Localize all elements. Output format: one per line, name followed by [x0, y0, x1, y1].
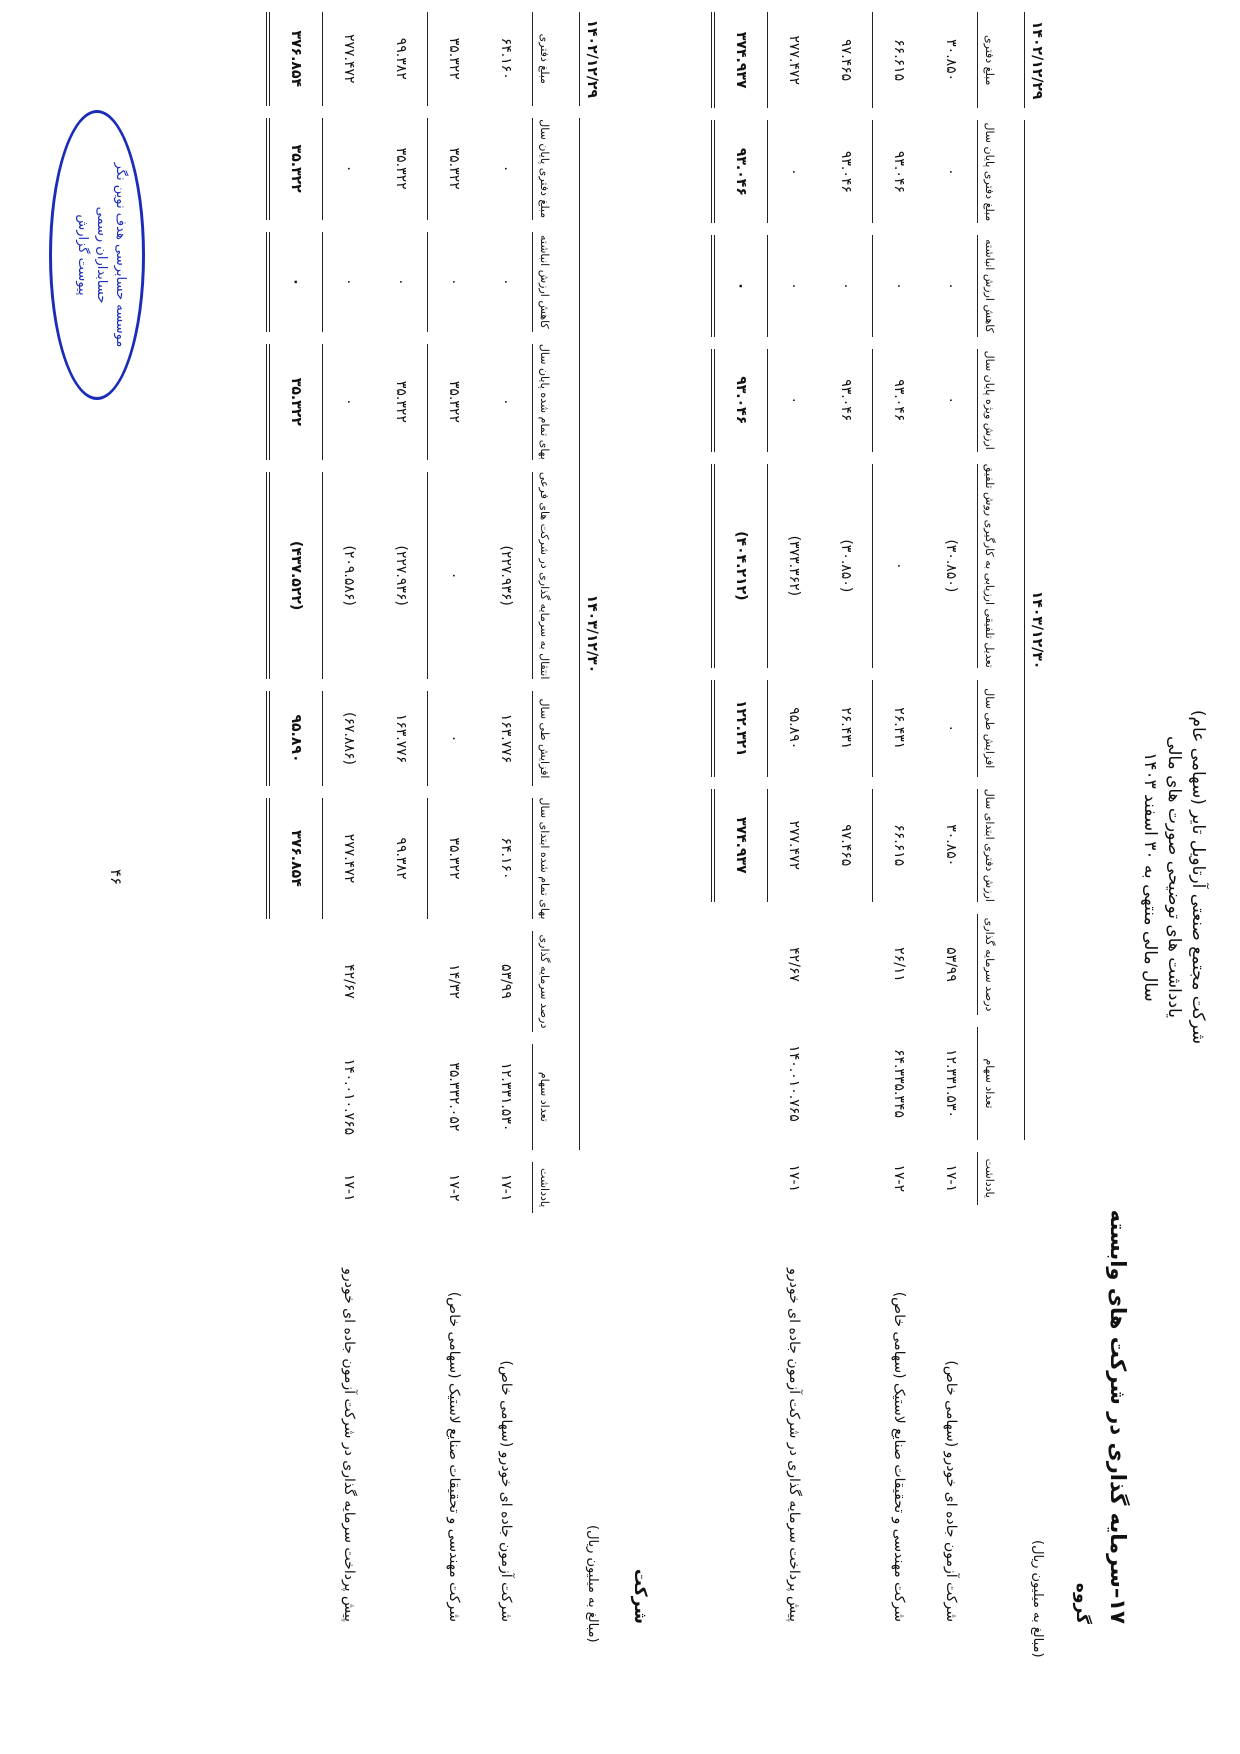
subtotal-row: ۹۷.۴۶۵ ۲۶.۴۳۱ (۳۰.۸۵۰) ۹۳.۰۴۶ ۰ ۹۳.۰۴۶ ۹…: [820, 12, 873, 1622]
company-name: شرکت مجتمع صنعتی آرتاویل تایر (سهامی عام…: [1186, 0, 1210, 1754]
company-period-prior: ۱۴۰۲/۱۲/۲۹: [579, 12, 600, 106]
table-row: شرکت مهندسی و تحقیقات صنایع لاستیک (سهام…: [873, 12, 925, 1622]
stamp-line-title: حسابداران رسمی: [92, 113, 111, 397]
company-heading: شرکت: [630, 1569, 650, 1624]
fiscal-period: سال مالی منتهی به ۳۰ اسفند ۱۴۰۳: [1138, 0, 1162, 1754]
document-subtitle: یادداشت های توضیحی صورت های مالی: [1162, 0, 1186, 1754]
col-impairment: کاهش ارزش انباشته: [977, 235, 1024, 336]
document-page: شرکت مجتمع صنعتی آرتاویل تایر (سهامی عام…: [0, 0, 1240, 1754]
col-special-value: ارزش ویژه پایان سال: [977, 349, 1024, 452]
table-row: شرکت آزمون جاده ای خودرو (سهامی خاص) ۱۷-…: [480, 12, 532, 1622]
table-row: پیش پرداخت سرمایه گذاری در شرکت آزمون جا…: [768, 12, 820, 1622]
company-investment-table: ۱۴۰۳/۱۲/۳۰ ۱۴۰۲/۱۲/۲۹ یادداشت تعداد سهام…: [266, 0, 600, 1634]
group-heading: گروه: [1072, 1583, 1092, 1624]
col-shares: تعداد سهام: [977, 1027, 1024, 1140]
col-opening: ارزش دفتری ابتدای سال: [977, 789, 1024, 902]
auditor-stamp: موسسه حسابرسی هدف نوین نگر حسابداران رسم…: [49, 110, 145, 400]
total-row: ۳۷۴.۹۳۷ ۱۲۲.۳۲۱ (۴۰۴.۲۱۲) ۹۳.۰۴۶ ۰ ۹۳.۰۴…: [711, 12, 768, 1622]
col-closing: مبلغ دفتری پایان سال: [977, 120, 1024, 223]
col-percent: درصد سرمایه گذاری: [977, 914, 1024, 1015]
group-period-prior: ۱۴۰۲/۱۲/۲۹: [1024, 12, 1045, 108]
stamp-line-attachment: پیوست گزارش: [73, 113, 92, 397]
company-period-current: ۱۴۰۳/۱۲/۳۰: [579, 118, 600, 1151]
stamp-line-firm: موسسه حسابرسی هدف نوین نگر: [111, 113, 130, 397]
group-period-current: ۱۴۰۳/۱۲/۳۰: [1024, 120, 1045, 1139]
section-title: ۱۷–سرمایه گذاری در شرکت های وابسته: [1106, 1210, 1130, 1624]
col-note: یادداشت: [977, 1152, 1024, 1205]
table-row: پیش پرداخت سرمایه گذاری در شرکت آزمون جا…: [323, 12, 375, 1622]
table-row: شرکت مهندسی و تحقیقات صنایع لاستیک (سهام…: [428, 12, 480, 1622]
col-increase: افزایش طی سال: [977, 680, 1024, 777]
col-prior-book: مبلغ دفتری: [977, 12, 1024, 108]
subtotal-row: ۹۹.۳۸۲ ۱۶۳.۷۷۶ (۲۲۷.۹۳۶) ۳۵.۳۲۲ ۰ ۳۵.۳۲۲…: [375, 12, 428, 1622]
col-equity-adjustment: تعدیل تلفیقی ارزیابی به کارگیری روش تلفی…: [977, 464, 1024, 668]
total-row: ۳۷۶.۸۵۴ ۹۵.۸۹۰ (۴۳۷.۵۲۲) ۳۵.۳۲۲ ۰ ۳۵.۳۲۲…: [266, 12, 323, 1622]
table-row: شرکت آزمون جاده ای خودرو (سهامی خاص) ۱۷-…: [925, 12, 977, 1622]
group-investment-table: ۱۴۰۳/۱۲/۳۰ ۱۴۰۲/۱۲/۲۹ یادداشت تعداد سهام…: [711, 0, 1045, 1634]
